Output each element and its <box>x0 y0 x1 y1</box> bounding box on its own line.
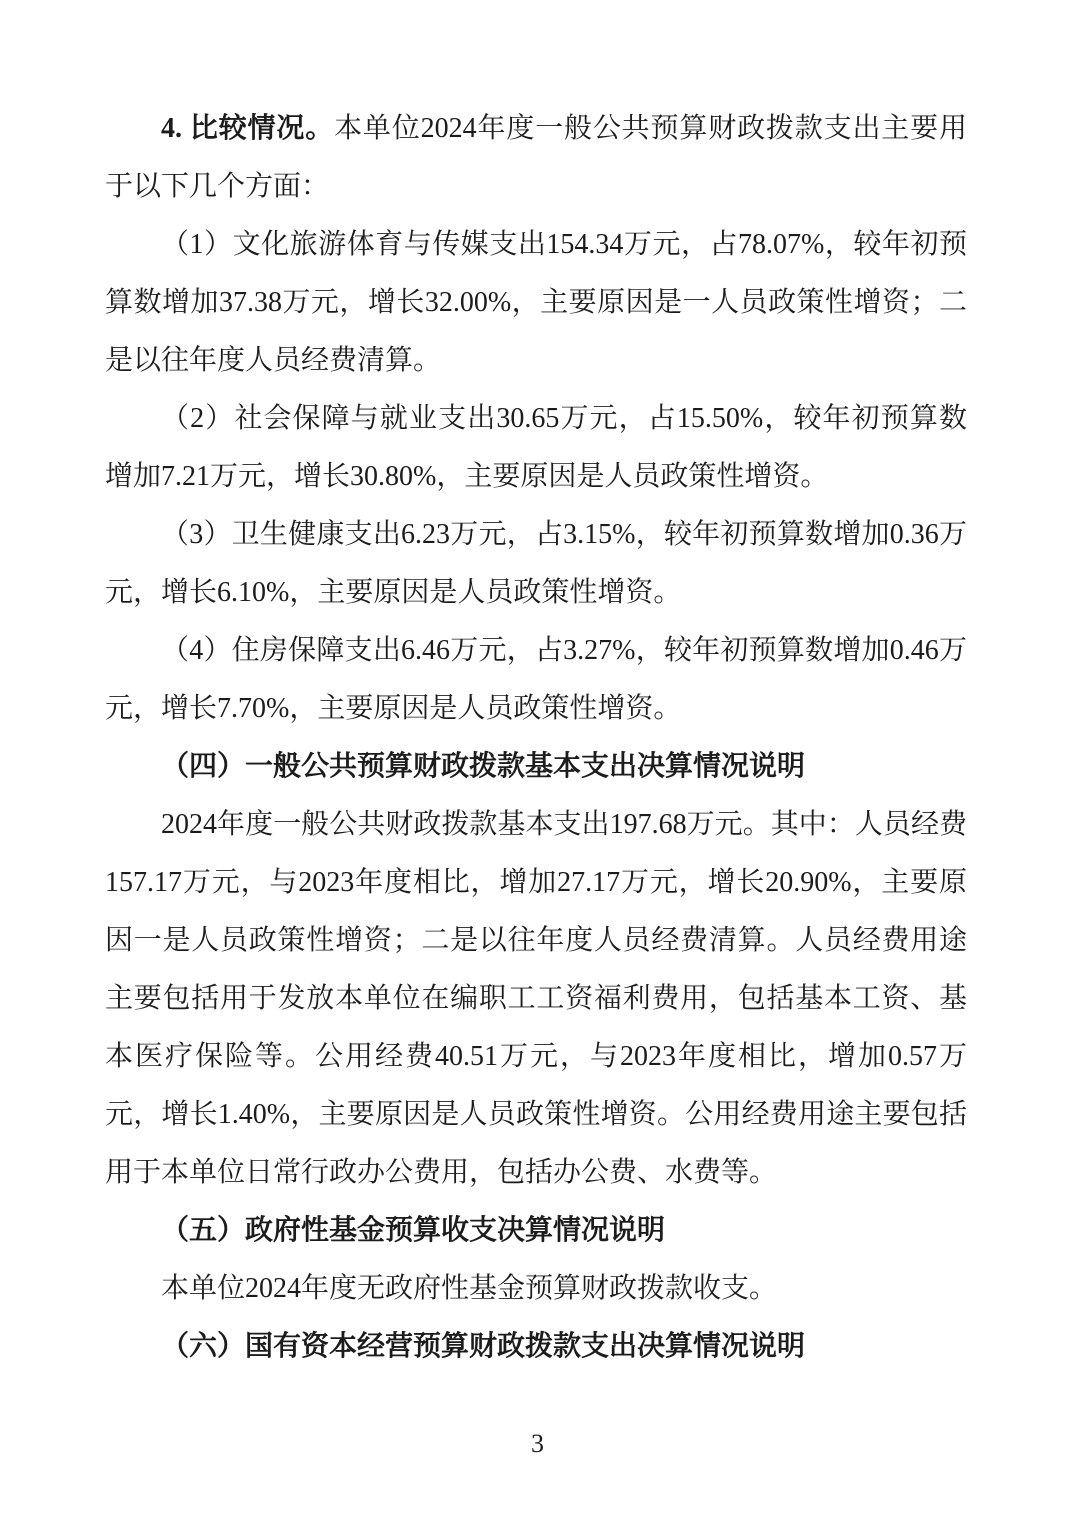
body-paragraph: （2）社会保障与就业支出30.65万元，占15.50%，较年初预算数增加7.21… <box>105 390 967 506</box>
page-footer: 3 <box>0 1426 1075 1462</box>
body-paragraph: （3）卫生健康支出6.23万元，占3.15%，较年初预算数增加0.36万元，增长… <box>105 506 967 622</box>
body-paragraph: 2024年度一般公共财政拨款基本支出197.68万元。其中：人员经费157.17… <box>105 796 967 1202</box>
paragraph-lead-bold: 4. 比较情况。 <box>161 113 334 144</box>
section-heading: （四）一般公共预算财政拨款基本支出决算情况说明 <box>105 738 967 796</box>
document-body: 4. 比较情况。本单位2024年度一般公共预算财政拨款支出主要用于以下几个方面：… <box>105 100 967 1376</box>
body-paragraph: （1）文化旅游体育与传媒支出154.34万元，占78.07%，较年初预算数增加3… <box>105 216 967 390</box>
section-heading: （六）国有资本经营预算财政拨款支出决算情况说明 <box>105 1318 967 1376</box>
body-paragraph: 本单位2024年度无政府性基金预算财政拨款收支。 <box>105 1260 967 1318</box>
body-paragraph: （4）住房保障支出6.46万元，占3.27%，较年初预算数增加0.46万元，增长… <box>105 622 967 738</box>
document-page: 4. 比较情况。本单位2024年度一般公共预算财政拨款支出主要用于以下几个方面：… <box>0 0 1075 1520</box>
body-paragraph: 4. 比较情况。本单位2024年度一般公共预算财政拨款支出主要用于以下几个方面： <box>105 100 967 216</box>
section-heading: （五）政府性基金预算收支决算情况说明 <box>105 1202 967 1260</box>
page-number: 3 <box>531 1429 544 1458</box>
